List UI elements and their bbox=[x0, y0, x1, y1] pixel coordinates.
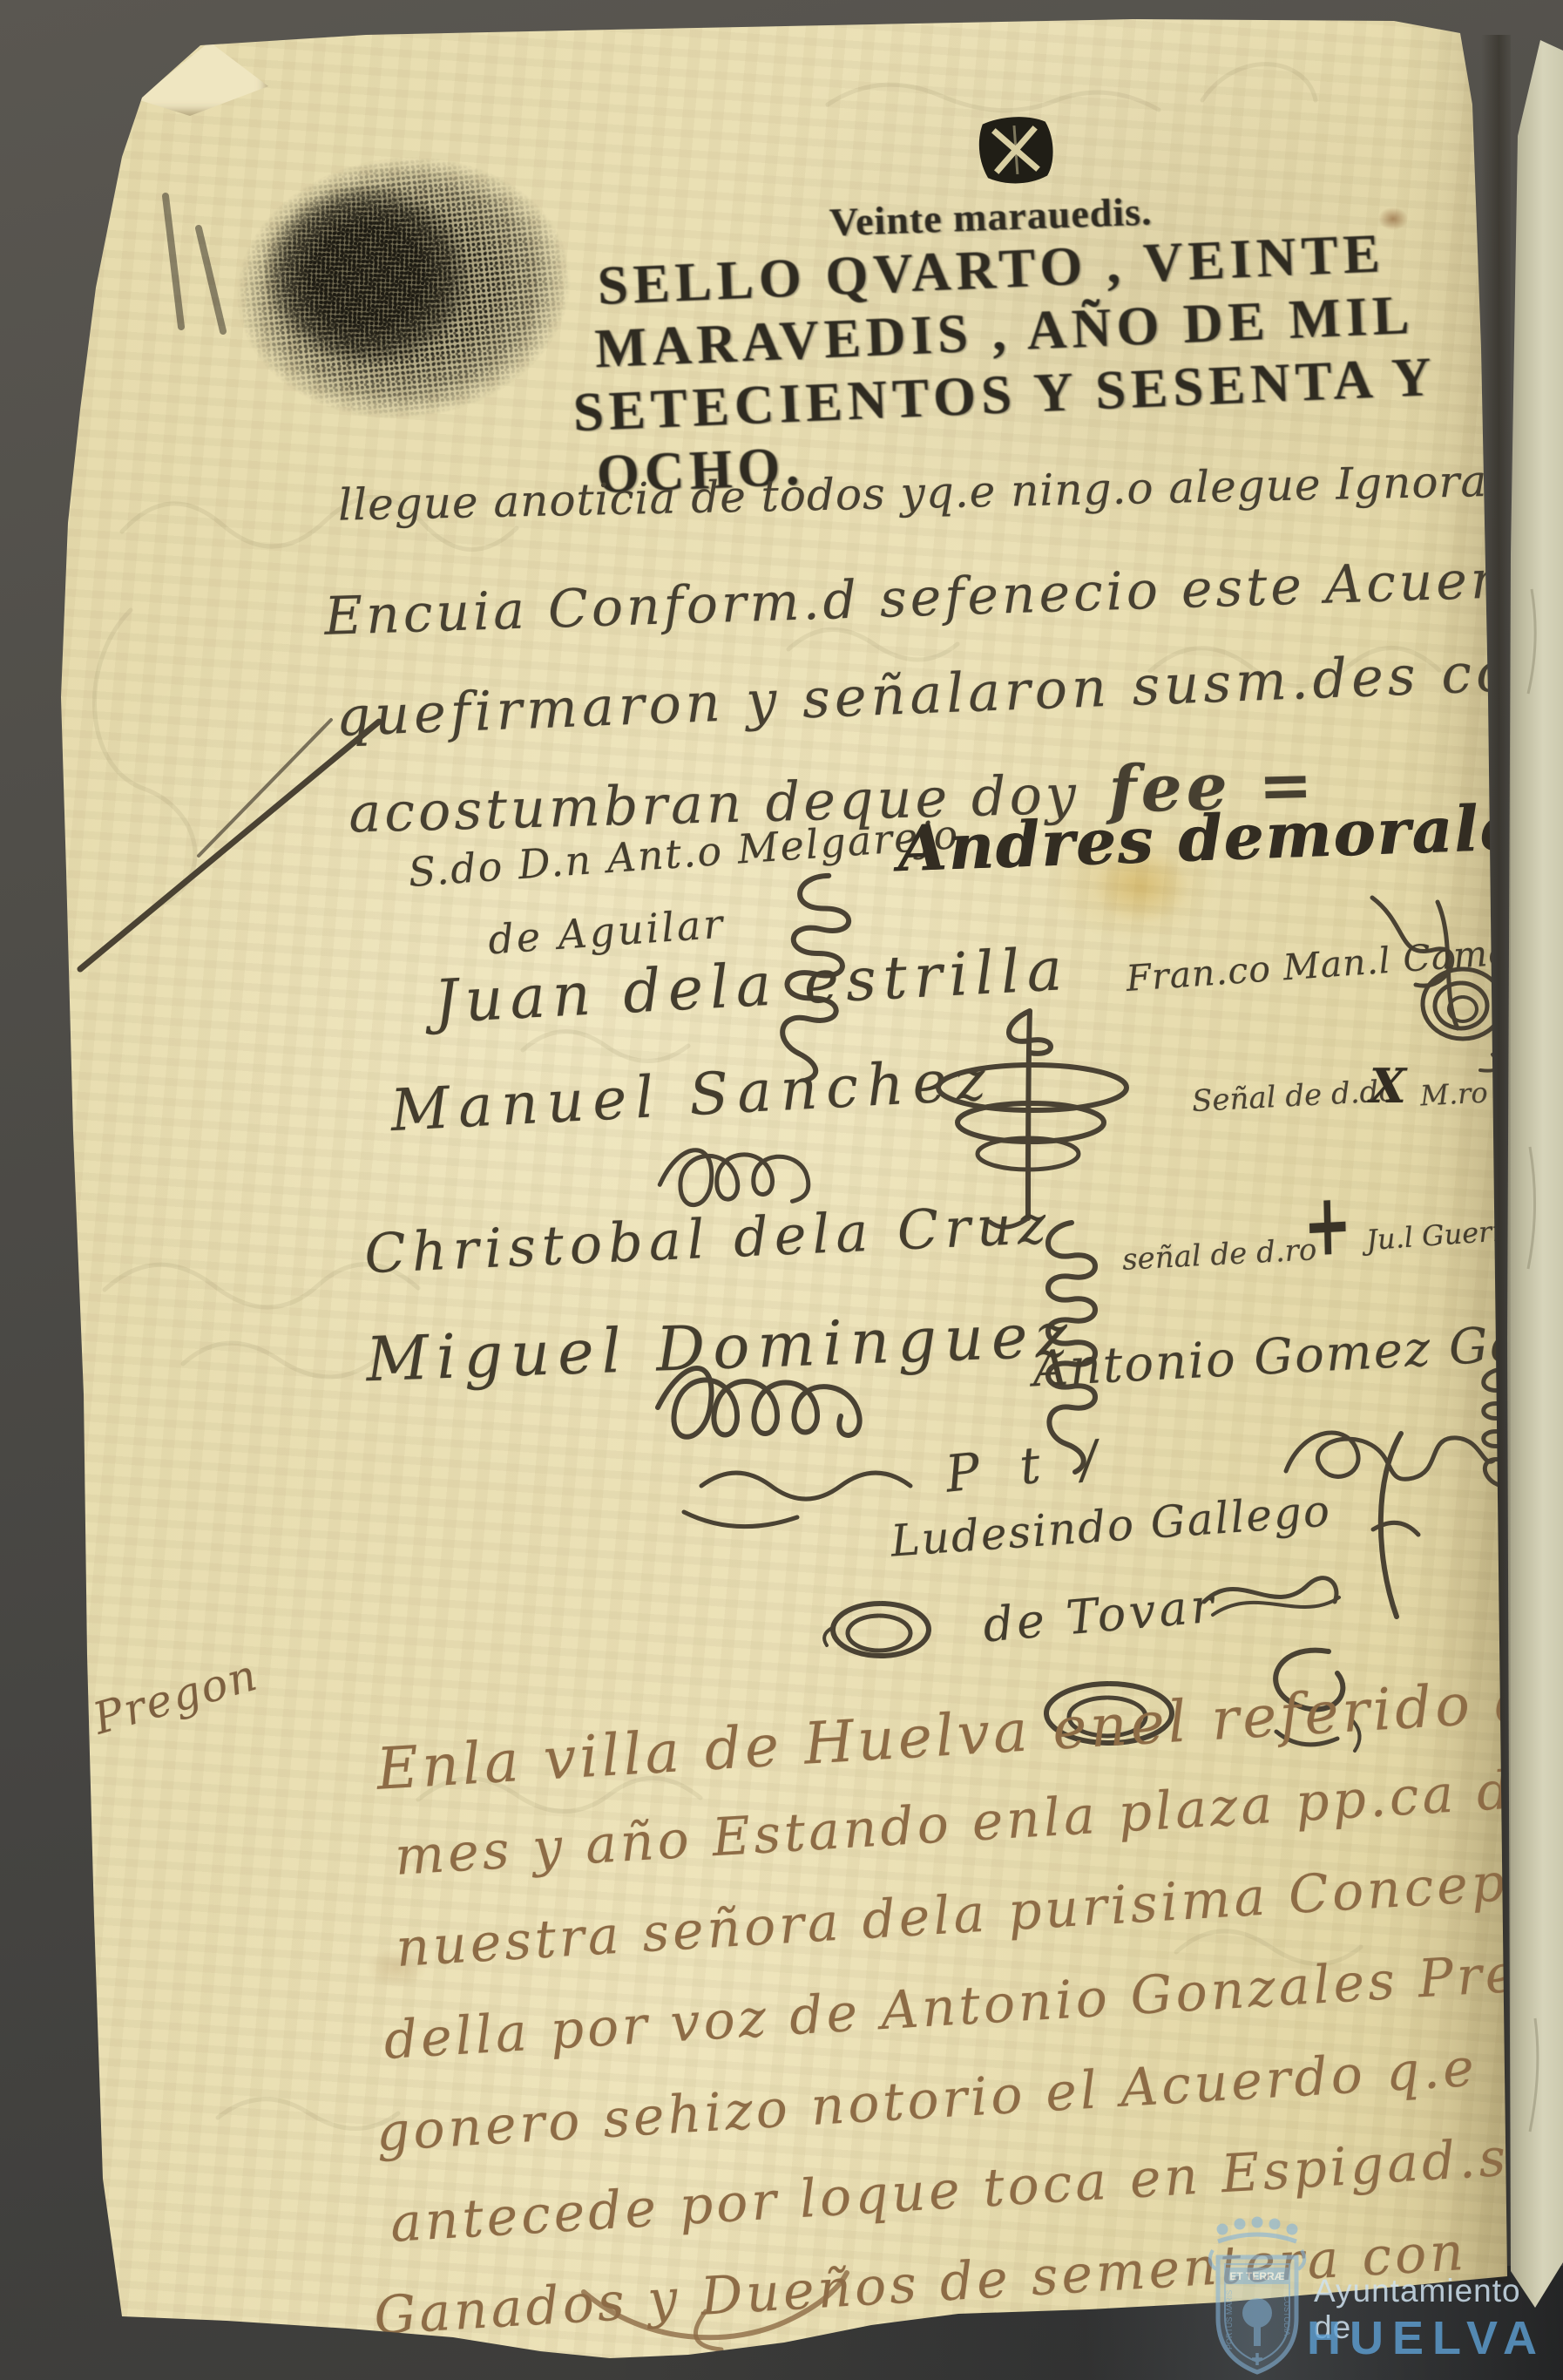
manuscript-page: Veinte marauedis. SELLO QVARTO , VEINTE … bbox=[0, 0, 1520, 2380]
pen-slash-mark bbox=[70, 715, 392, 976]
rubric-flourish bbox=[815, 1586, 945, 1669]
cruz-witness-cross-mark: + bbox=[1302, 1172, 1353, 1277]
crest-motto-right: CUSTODIA bbox=[1282, 2295, 1291, 2336]
rubric-flourish bbox=[1349, 1425, 1427, 1625]
cross-of-burgundy-stamp-icon bbox=[966, 112, 1065, 189]
rubric-flourish bbox=[649, 1346, 998, 1538]
crest-motto-top: ET TERRÆ bbox=[1229, 2270, 1284, 2282]
crest-motto-left: PORTUS MARIS bbox=[1225, 2290, 1234, 2349]
next-folio-ghost-writing bbox=[1505, 31, 1563, 2315]
sanchez-witness-cross-mark: X bbox=[1370, 1058, 1406, 1114]
watermark-city-label: HUELVA bbox=[1307, 2311, 1546, 2365]
pregon-paragraph: Enla villa de Huelva enel referido dia m… bbox=[375, 1664, 1563, 2376]
next-folio-edge bbox=[1505, 31, 1563, 2315]
scanned-manuscript-scene: Veinte marauedis. SELLO QVARTO , VEINTE … bbox=[0, 0, 1563, 2380]
huelva-coat-of-arms-icon: ET TERRÆ PORTUS MARIS CUSTODIA bbox=[1204, 2212, 1310, 2380]
ink-smudge-blot-core bbox=[216, 137, 531, 427]
rubric-flourish bbox=[1195, 1558, 1348, 1628]
